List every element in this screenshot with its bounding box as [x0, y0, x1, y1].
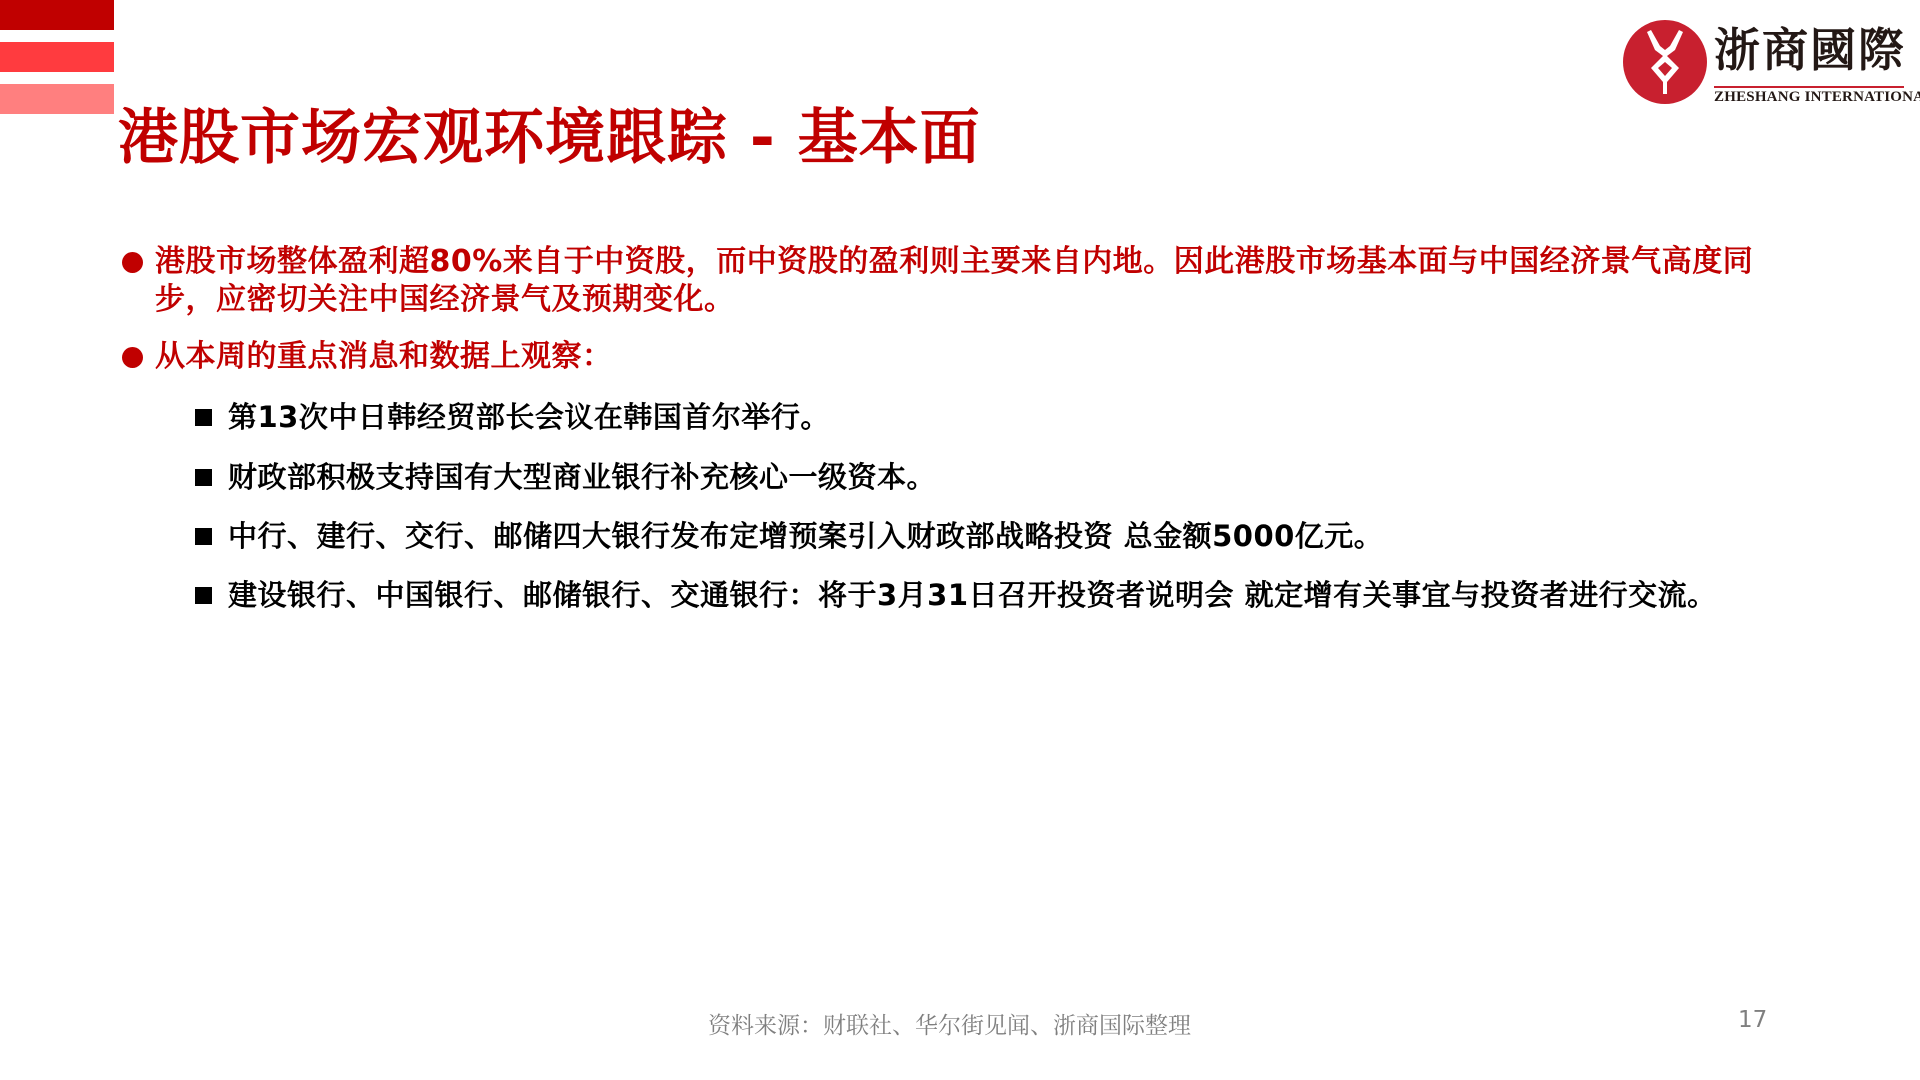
square-bullet-icon — [195, 587, 212, 604]
sub-bullet-item: 建设银行、中国银行、邮储银行、交通银行：将于3月31日召开投资者说明会 就定增有… — [228, 576, 1798, 614]
square-bullet-icon — [195, 469, 212, 486]
sub-bullet-item: 第13次中日韩经贸部长会议在韩国首尔举行。 — [228, 398, 1798, 436]
bullet-item: 从本周的重点消息和数据上观察： — [155, 338, 1795, 376]
company-logo: 浙商國際 ZHESHANG INTERNATIONAL — [1620, 18, 1910, 110]
square-bullet-icon — [195, 409, 212, 426]
logo-emblem-icon — [1623, 20, 1707, 104]
bullet-item: 港股市场整体盈利超80%来自于中资股，而中资股的盈利则主要来自内地。因此港股市场… — [155, 243, 1795, 319]
logo-name-en: ZHESHANG INTERNATIONAL — [1714, 89, 1920, 106]
page-title: 港股市场宏观环境跟踪 - 基本面 — [118, 96, 981, 180]
accent-bar-medium — [0, 42, 114, 72]
accent-bar-light — [0, 84, 114, 114]
circle-bullet-icon — [122, 252, 143, 273]
square-bullet-icon — [195, 528, 212, 545]
page-number: 17 — [1738, 1007, 1767, 1033]
logo-divider — [1714, 86, 1904, 88]
sub-bullet-item: 财政部积极支持国有大型商业银行补充核心一级资本。 — [228, 458, 1798, 496]
logo-name-cn: 浙商國際 — [1714, 22, 1906, 78]
sub-bullet-item: 中行、建行、交行、邮储四大银行发布定增预案引入财政部战略投资 总金额5000亿元… — [228, 517, 1798, 555]
source-note: 资料来源：财联社、华尔街见闻、浙商国际整理 — [708, 1007, 1191, 1040]
circle-bullet-icon — [122, 347, 143, 368]
accent-bar-dark — [0, 0, 114, 30]
